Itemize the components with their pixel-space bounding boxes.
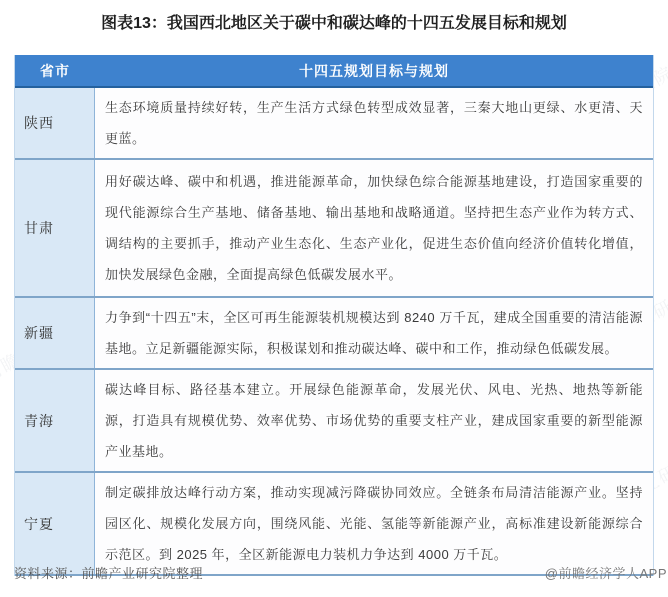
table-row: 青海 碳达峰目标、路径基本建立。开展绿色能源革命，发展光伏、风电、光热、地热等新…	[15, 370, 653, 473]
province-cell: 新疆	[15, 298, 95, 368]
page-title: 图表13：我国西北地区关于碳中和碳达峰的十四五发展目标和规划	[0, 10, 668, 33]
plan-cell: 生态环境质量持续好转，生产生活方式绿色转型成效显著，三秦大地山更绿、水更清、天更…	[95, 88, 653, 158]
province-cell: 青海	[15, 370, 95, 471]
plan-cell: 力争到“十四五”末，全区可再生能源装机规模达到 8240 万千瓦，建成全国重要的…	[95, 298, 653, 368]
footer: 资料来源：前瞻产业研究院整理 @前瞻经济学人APP	[14, 563, 668, 582]
table-row: 新疆 力争到“十四五”末，全区可再生能源装机规模达到 8240 万千瓦，建成全国…	[15, 298, 653, 370]
table-row: 甘肃 用好碳达峰、碳中和机遇，推进能源革命，加快绿色综合能源基地建设，打造国家重…	[15, 160, 653, 298]
plan-table: 省市 十四五规划目标与规划 陕西 生态环境质量持续好转，生产生活方式绿色转型成效…	[14, 55, 654, 576]
table-row: 宁夏 制定碳排放达峰行动方案，推动实现减污降碳协同效应。全链条布局清洁能源产业。…	[15, 473, 653, 576]
credit-note: @前瞻经济学人APP	[545, 563, 668, 582]
table-header-row: 省市 十四五规划目标与规划	[15, 55, 653, 88]
table-body: 陕西 生态环境质量持续好转，生产生活方式绿色转型成效显著，三秦大地山更绿、水更清…	[15, 88, 653, 576]
table-row: 陕西 生态环境质量持续好转，生产生活方式绿色转型成效显著，三秦大地山更绿、水更清…	[15, 88, 653, 160]
province-cell: 宁夏	[15, 473, 95, 574]
column-header-province: 省市	[15, 55, 95, 86]
plan-cell: 碳达峰目标、路径基本建立。开展绿色能源革命，发展光伏、风电、光热、地热等新能源，…	[95, 370, 653, 471]
province-cell: 甘肃	[15, 160, 95, 296]
infographic-sheet: 前瞻产业研究院 前瞻产业研究院 前瞻产业研究院 前瞻产业研究院 前瞻产业研究院 …	[0, 0, 668, 597]
plan-text: 碳达峰目标、路径基本建立。开展绿色能源革命，发展光伏、风电、光热、地热等新能源，…	[105, 374, 643, 467]
plan-text: 力争到“十四五”末，全区可再生能源装机规模达到 8240 万千瓦，建成全国重要的…	[105, 302, 643, 364]
source-note: 资料来源：前瞻产业研究院整理	[14, 563, 203, 582]
plan-text: 生态环境质量持续好转，生产生活方式绿色转型成效显著，三秦大地山更绿、水更清、天更…	[105, 92, 643, 154]
plan-text: 用好碳达峰、碳中和机遇，推进能源革命，加快绿色综合能源基地建设，打造国家重要的现…	[105, 166, 643, 290]
column-header-plan: 十四五规划目标与规划	[95, 55, 653, 86]
plan-cell: 制定碳排放达峰行动方案，推动实现减污降碳协同效应。全链条布局清洁能源产业。坚持园…	[95, 473, 653, 574]
province-cell: 陕西	[15, 88, 95, 158]
plan-cell: 用好碳达峰、碳中和机遇，推进能源革命，加快绿色综合能源基地建设，打造国家重要的现…	[95, 160, 653, 296]
plan-text: 制定碳排放达峰行动方案，推动实现减污降碳协同效应。全链条布局清洁能源产业。坚持园…	[105, 477, 643, 570]
